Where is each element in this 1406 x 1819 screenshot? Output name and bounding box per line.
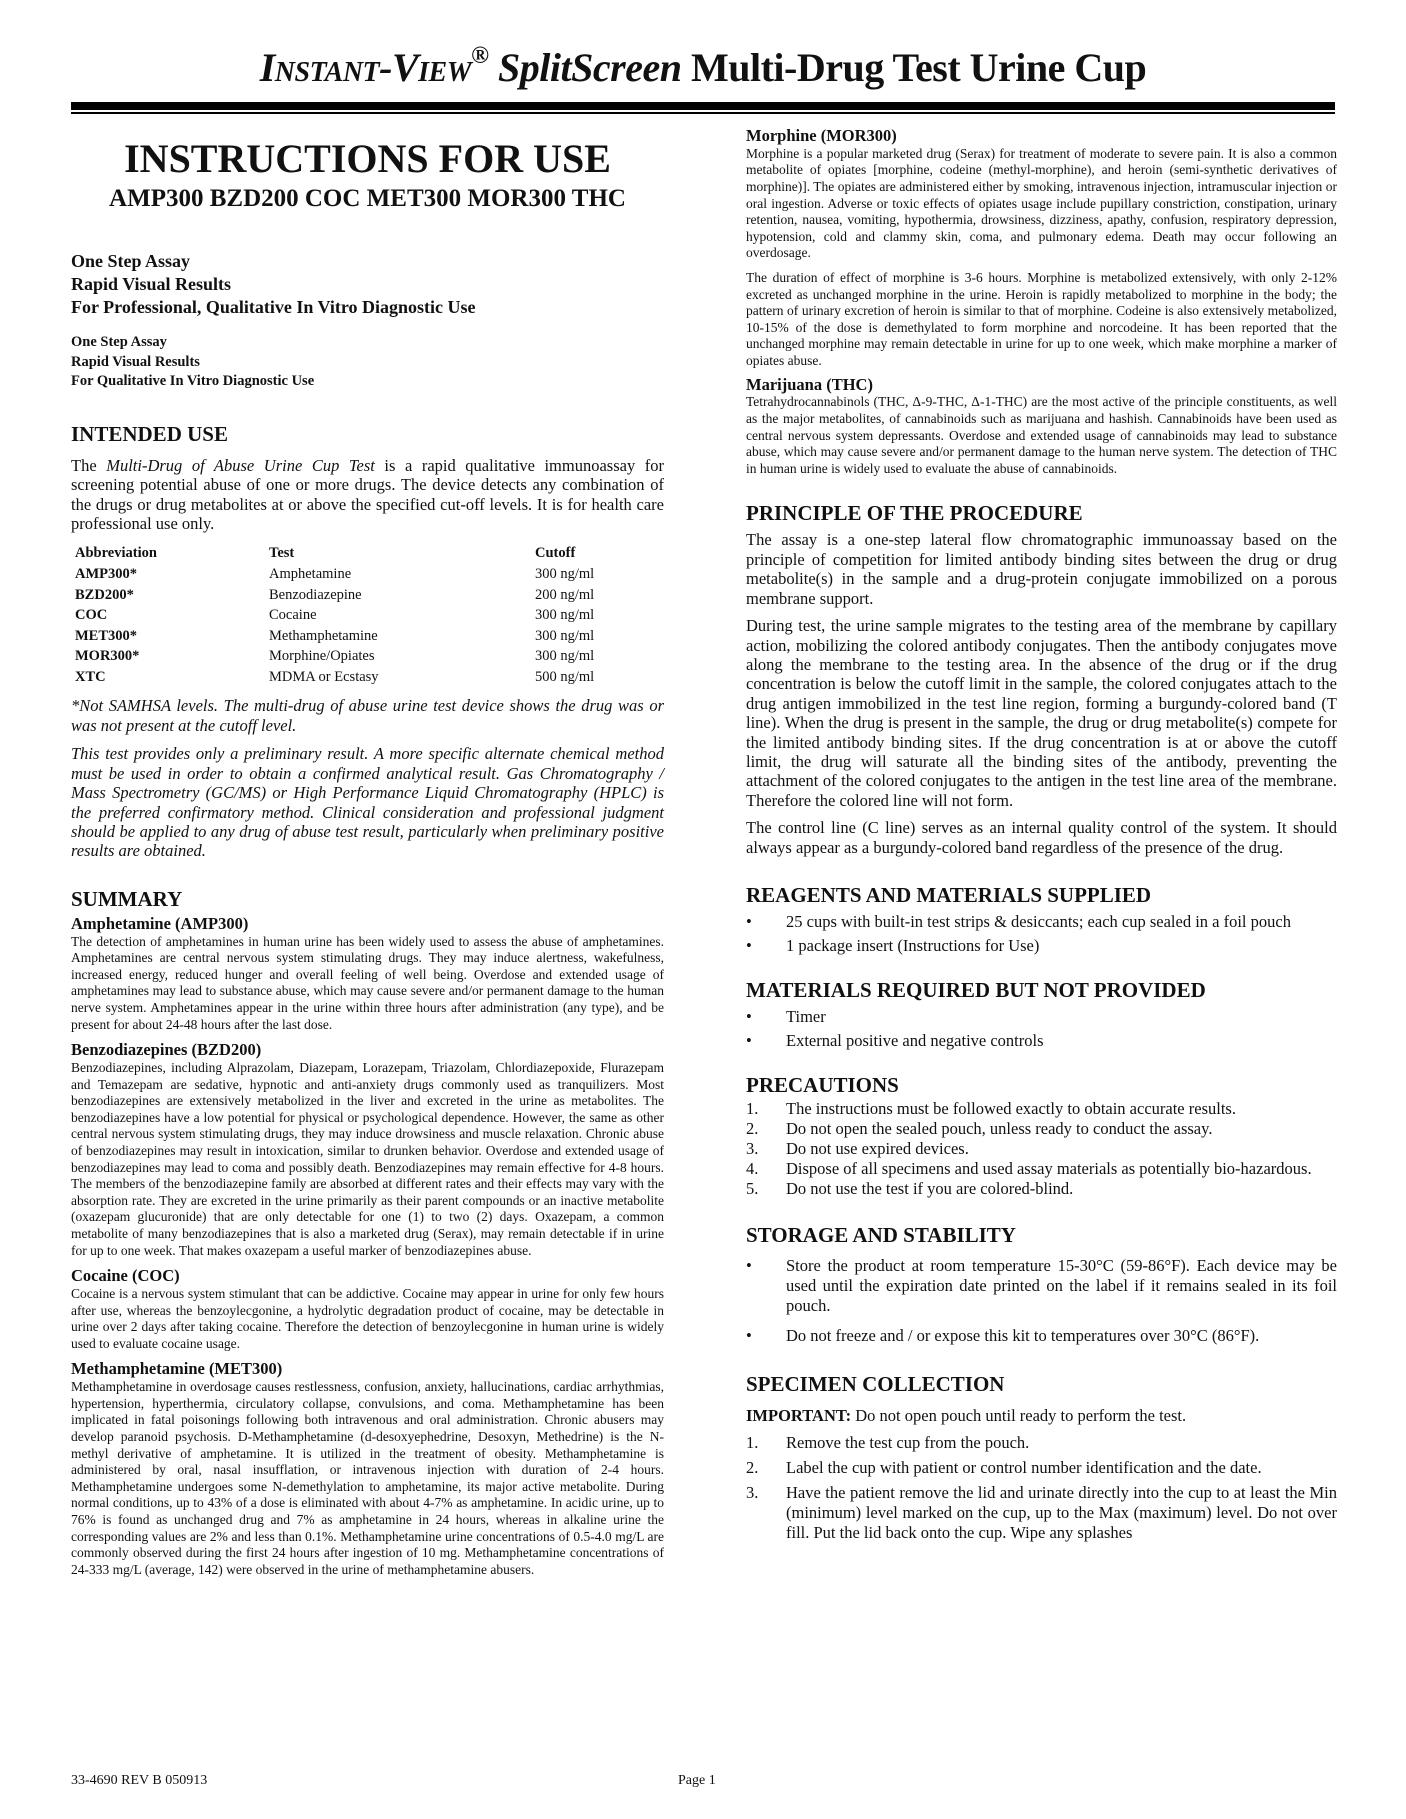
- principle-section: PRINCIPLE OF THE PROCEDURE The assay is …: [746, 501, 1337, 857]
- numbered-item: 5.Do not use the test if you are colored…: [746, 1179, 1337, 1199]
- cutoff-cell: 300 ng/ml: [535, 564, 664, 585]
- item-number: 2.: [746, 1458, 758, 1478]
- bullet-icon: •: [746, 936, 752, 956]
- test-cell: Cocaine: [269, 605, 535, 626]
- section-heading: PRECAUTIONS: [746, 1073, 1337, 1098]
- materials-required-section: MATERIALS REQUIRED BUT NOT PROVIDED •Tim…: [746, 978, 1337, 1051]
- list-item-text: Store the product at room temperature 15…: [786, 1256, 1337, 1315]
- list-item-text: Remove the test cup from the pouch.: [786, 1433, 1029, 1452]
- numbered-item: 3.Have the patient remove the lid and ur…: [746, 1483, 1337, 1543]
- summary-section: SUMMARY Amphetamine (AMP300)The detectio…: [71, 887, 664, 1579]
- table-header-row: Abbreviation Test Cutoff: [71, 543, 664, 564]
- list-item-text: The instructions must be followed exactl…: [786, 1099, 1236, 1118]
- subsection-heading: Amphetamine (AMP300): [71, 914, 664, 934]
- morphine-paragraph-2: The duration of effect of morphine is 3-…: [746, 270, 1337, 370]
- list-item: •Timer: [746, 1007, 1337, 1027]
- bullet-icon: •: [746, 1256, 752, 1276]
- subsection-heading: Morphine (MOR300): [746, 126, 1337, 146]
- list-item-text: External positive and negative controls: [786, 1031, 1044, 1050]
- section-heading: MATERIALS REQUIRED BUT NOT PROVIDED: [746, 978, 1337, 1003]
- table-row: COCCocaine300 ng/ml: [71, 605, 664, 626]
- summary-items: Amphetamine (AMP300)The detection of amp…: [71, 914, 664, 1578]
- precautions-list: 1.The instructions must be followed exac…: [746, 1099, 1337, 1199]
- ifu-title: INSTRUCTIONS FOR USE: [71, 138, 664, 180]
- bullet-icon: •: [746, 912, 752, 932]
- preliminary-result-note: This test provides only a preliminary re…: [71, 744, 664, 860]
- list-item-text: Do not open the sealed pouch, unless rea…: [786, 1119, 1212, 1138]
- summary-paragraph: The detection of amphetamines in human u…: [71, 934, 664, 1034]
- test-cell: Benzodiazepine: [269, 585, 535, 606]
- bullet-icon: •: [746, 1031, 752, 1051]
- test-cell: Morphine/Opiates: [269, 646, 535, 667]
- specimen-steps-list: 1.Remove the test cup from the pouch.2.L…: [746, 1433, 1337, 1543]
- test-cell: Methamphetamine: [269, 626, 535, 647]
- principle-paragraph-2: During test, the urine sample migrates t…: [746, 616, 1337, 810]
- item-number: 4.: [746, 1159, 758, 1179]
- cutoff-cell: 200 ng/ml: [535, 585, 664, 606]
- abbreviation-cell: MOR300*: [71, 646, 269, 667]
- principle-paragraph-1: The assay is a one-step lateral flow chr…: [746, 530, 1337, 608]
- left-column: INSTRUCTIONS FOR USE AMP300 BZD200 COC M…: [71, 130, 664, 1578]
- table-row: MET300*Methamphetamine300 ng/ml: [71, 626, 664, 647]
- item-number: 2.: [746, 1119, 758, 1139]
- table-row: XTCMDMA or Ecstasy500 ng/ml: [71, 667, 664, 688]
- cutoff-cell: 500 ng/ml: [535, 667, 664, 688]
- list-item-text: 25 cups with built-in test strips & desi…: [786, 912, 1291, 931]
- section-heading: PRINCIPLE OF THE PROCEDURE: [746, 501, 1337, 526]
- list-item: •25 cups with built-in test strips & des…: [746, 912, 1337, 932]
- section-heading: SUMMARY: [71, 887, 664, 912]
- abbreviation-cell: COC: [71, 605, 269, 626]
- abbreviation-cell: XTC: [71, 667, 269, 688]
- storage-list: •Store the product at room temperature 1…: [746, 1256, 1337, 1346]
- numbered-item: 1.Remove the test cup from the pouch.: [746, 1433, 1337, 1453]
- list-item-text: Label the cup with patient or control nu…: [786, 1458, 1262, 1477]
- cutoff-cell: 300 ng/ml: [535, 646, 664, 667]
- test-cell: Amphetamine: [269, 564, 535, 585]
- product-name: SplitScreen: [498, 45, 681, 90]
- numbered-item: 3.Do not use expired devices.: [746, 1139, 1337, 1159]
- document-code: 33-4690 REV B 050913: [71, 1773, 207, 1789]
- precautions-section: PRECAUTIONS 1.The instructions must be f…: [746, 1073, 1337, 1198]
- storage-section: STORAGE AND STABILITY •Store the product…: [746, 1223, 1337, 1346]
- item-number: 3.: [746, 1139, 758, 1159]
- summary-item: Benzodiazepines (BZD200)Benzodiazepines,…: [71, 1040, 664, 1259]
- cutoff-table: Abbreviation Test Cutoff AMP300*Amphetam…: [71, 543, 664, 687]
- summary-item: Methamphetamine (MET300)Methamphetamine …: [71, 1359, 664, 1578]
- cutoff-cell: 300 ng/ml: [535, 626, 664, 647]
- samhsa-note: *Not SAMHSA levels. The multi-drug of ab…: [71, 696, 664, 735]
- materials-required-list: •Timer•External positive and negative co…: [746, 1007, 1337, 1051]
- right-column: Morphine (MOR300) Morphine is a popular …: [746, 130, 1337, 1543]
- intended-use-section: INTENDED USE The Multi-Drug of Abuse Uri…: [71, 422, 664, 861]
- list-item-text: Do not use the test if you are colored-b…: [786, 1179, 1073, 1198]
- abbreviation-cell: BZD200*: [71, 585, 269, 606]
- list-item: •External positive and negative controls: [746, 1031, 1337, 1051]
- list-item: •1 package insert (Instructions for Use): [746, 936, 1337, 956]
- specimen-section: SPECIMEN COLLECTION IMPORTANT: Do not op…: [746, 1372, 1337, 1544]
- header-rule-thick: [71, 102, 1335, 110]
- list-item-text: Do not freeze and / or expose this kit t…: [786, 1326, 1259, 1345]
- summary-item: Amphetamine (AMP300)The detection of amp…: [71, 914, 664, 1033]
- marijuana-section: Marijuana (THC) Tetrahydrocannabinols (T…: [746, 375, 1337, 478]
- intended-use-paragraph: The Multi-Drug of Abuse Urine Cup Test i…: [71, 456, 664, 534]
- morphine-section: Morphine (MOR300) Morphine is a popular …: [746, 126, 1337, 370]
- bullet-icon: •: [746, 1326, 752, 1346]
- principle-paragraph-3: The control line (C line) serves as an i…: [746, 818, 1337, 857]
- list-item-text: Have the patient remove the lid and urin…: [786, 1483, 1337, 1542]
- table-row: AMP300*Amphetamine300 ng/ml: [71, 564, 664, 585]
- title-rest: Multi-Drug Test Urine Cup: [691, 45, 1146, 90]
- marijuana-paragraph: Tetrahydrocannabinols (THC, Δ-9-THC, Δ-1…: [746, 394, 1337, 477]
- bullet-icon: •: [746, 1007, 752, 1027]
- test-cell: MDMA or Ecstasy: [269, 667, 535, 688]
- important-note: IMPORTANT: Do not open pouch until ready…: [746, 1406, 1337, 1425]
- reagents-section: REAGENTS AND MATERIALS SUPPLIED •25 cups…: [746, 883, 1337, 956]
- list-item-text: Timer: [786, 1007, 826, 1026]
- subsection-heading: Benzodiazepines (BZD200): [71, 1040, 664, 1060]
- section-heading: STORAGE AND STABILITY: [746, 1223, 1337, 1248]
- section-heading: REAGENTS AND MATERIALS SUPPLIED: [746, 883, 1337, 908]
- subsection-heading: Cocaine (COC): [71, 1266, 664, 1286]
- numbered-item: 2.Do not open the sealed pouch, unless r…: [746, 1119, 1337, 1139]
- numbered-item: 4.Dispose of all specimens and used assa…: [746, 1159, 1337, 1179]
- list-item: •Store the product at room temperature 1…: [746, 1256, 1337, 1316]
- item-number: 1.: [746, 1433, 758, 1453]
- subsection-heading: Methamphetamine (MET300): [71, 1359, 664, 1379]
- section-heading: SPECIMEN COLLECTION: [746, 1372, 1337, 1397]
- summary-item: Cocaine (COC)Cocaine is a nervous system…: [71, 1266, 664, 1352]
- cutoff-cell: 300 ng/ml: [535, 605, 664, 626]
- table-row: MOR300*Morphine/Opiates300 ng/ml: [71, 646, 664, 667]
- brand-name: Instant-View®: [260, 45, 489, 90]
- tagline-large: One Step Assay Rapid Visual Results For …: [71, 250, 664, 319]
- page-number: Page 1: [678, 1773, 716, 1789]
- item-number: 5.: [746, 1179, 758, 1199]
- numbered-item: 2.Label the cup with patient or control …: [746, 1458, 1337, 1478]
- item-number: 1.: [746, 1099, 758, 1119]
- ifu-subtitle: AMP300 BZD200 COC MET300 MOR300 THC: [71, 184, 664, 214]
- list-item-text: Do not use expired devices.: [786, 1139, 969, 1158]
- tagline-small: One Step Assay Rapid Visual Results For …: [71, 333, 664, 392]
- summary-paragraph: Benzodiazepines, including Alprazolam, D…: [71, 1060, 664, 1259]
- abbreviation-cell: AMP300*: [71, 564, 269, 585]
- summary-paragraph: Cocaine is a nervous system stimulant th…: [71, 1286, 664, 1352]
- reagents-list: •25 cups with built-in test strips & des…: [746, 912, 1337, 956]
- subsection-heading: Marijuana (THC): [746, 375, 1337, 395]
- list-item-text: Dispose of all specimens and used assay …: [786, 1159, 1312, 1178]
- numbered-item: 1.The instructions must be followed exac…: [746, 1099, 1337, 1119]
- morphine-paragraph-1: Morphine is a popular marketed drug (Ser…: [746, 146, 1337, 262]
- item-number: 3.: [746, 1483, 758, 1503]
- list-item: •Do not freeze and / or expose this kit …: [746, 1326, 1337, 1346]
- list-item-text: 1 package insert (Instructions for Use): [786, 936, 1039, 955]
- document-title: Instant-View® SplitScreen Multi-Drug Tes…: [0, 48, 1406, 88]
- section-heading: INTENDED USE: [71, 422, 664, 447]
- summary-paragraph: Methamphetamine in overdosage causes res…: [71, 1379, 664, 1578]
- table-row: BZD200*Benzodiazepine200 ng/ml: [71, 585, 664, 606]
- abbreviation-cell: MET300*: [71, 626, 269, 647]
- header-rule-thin: [71, 112, 1335, 114]
